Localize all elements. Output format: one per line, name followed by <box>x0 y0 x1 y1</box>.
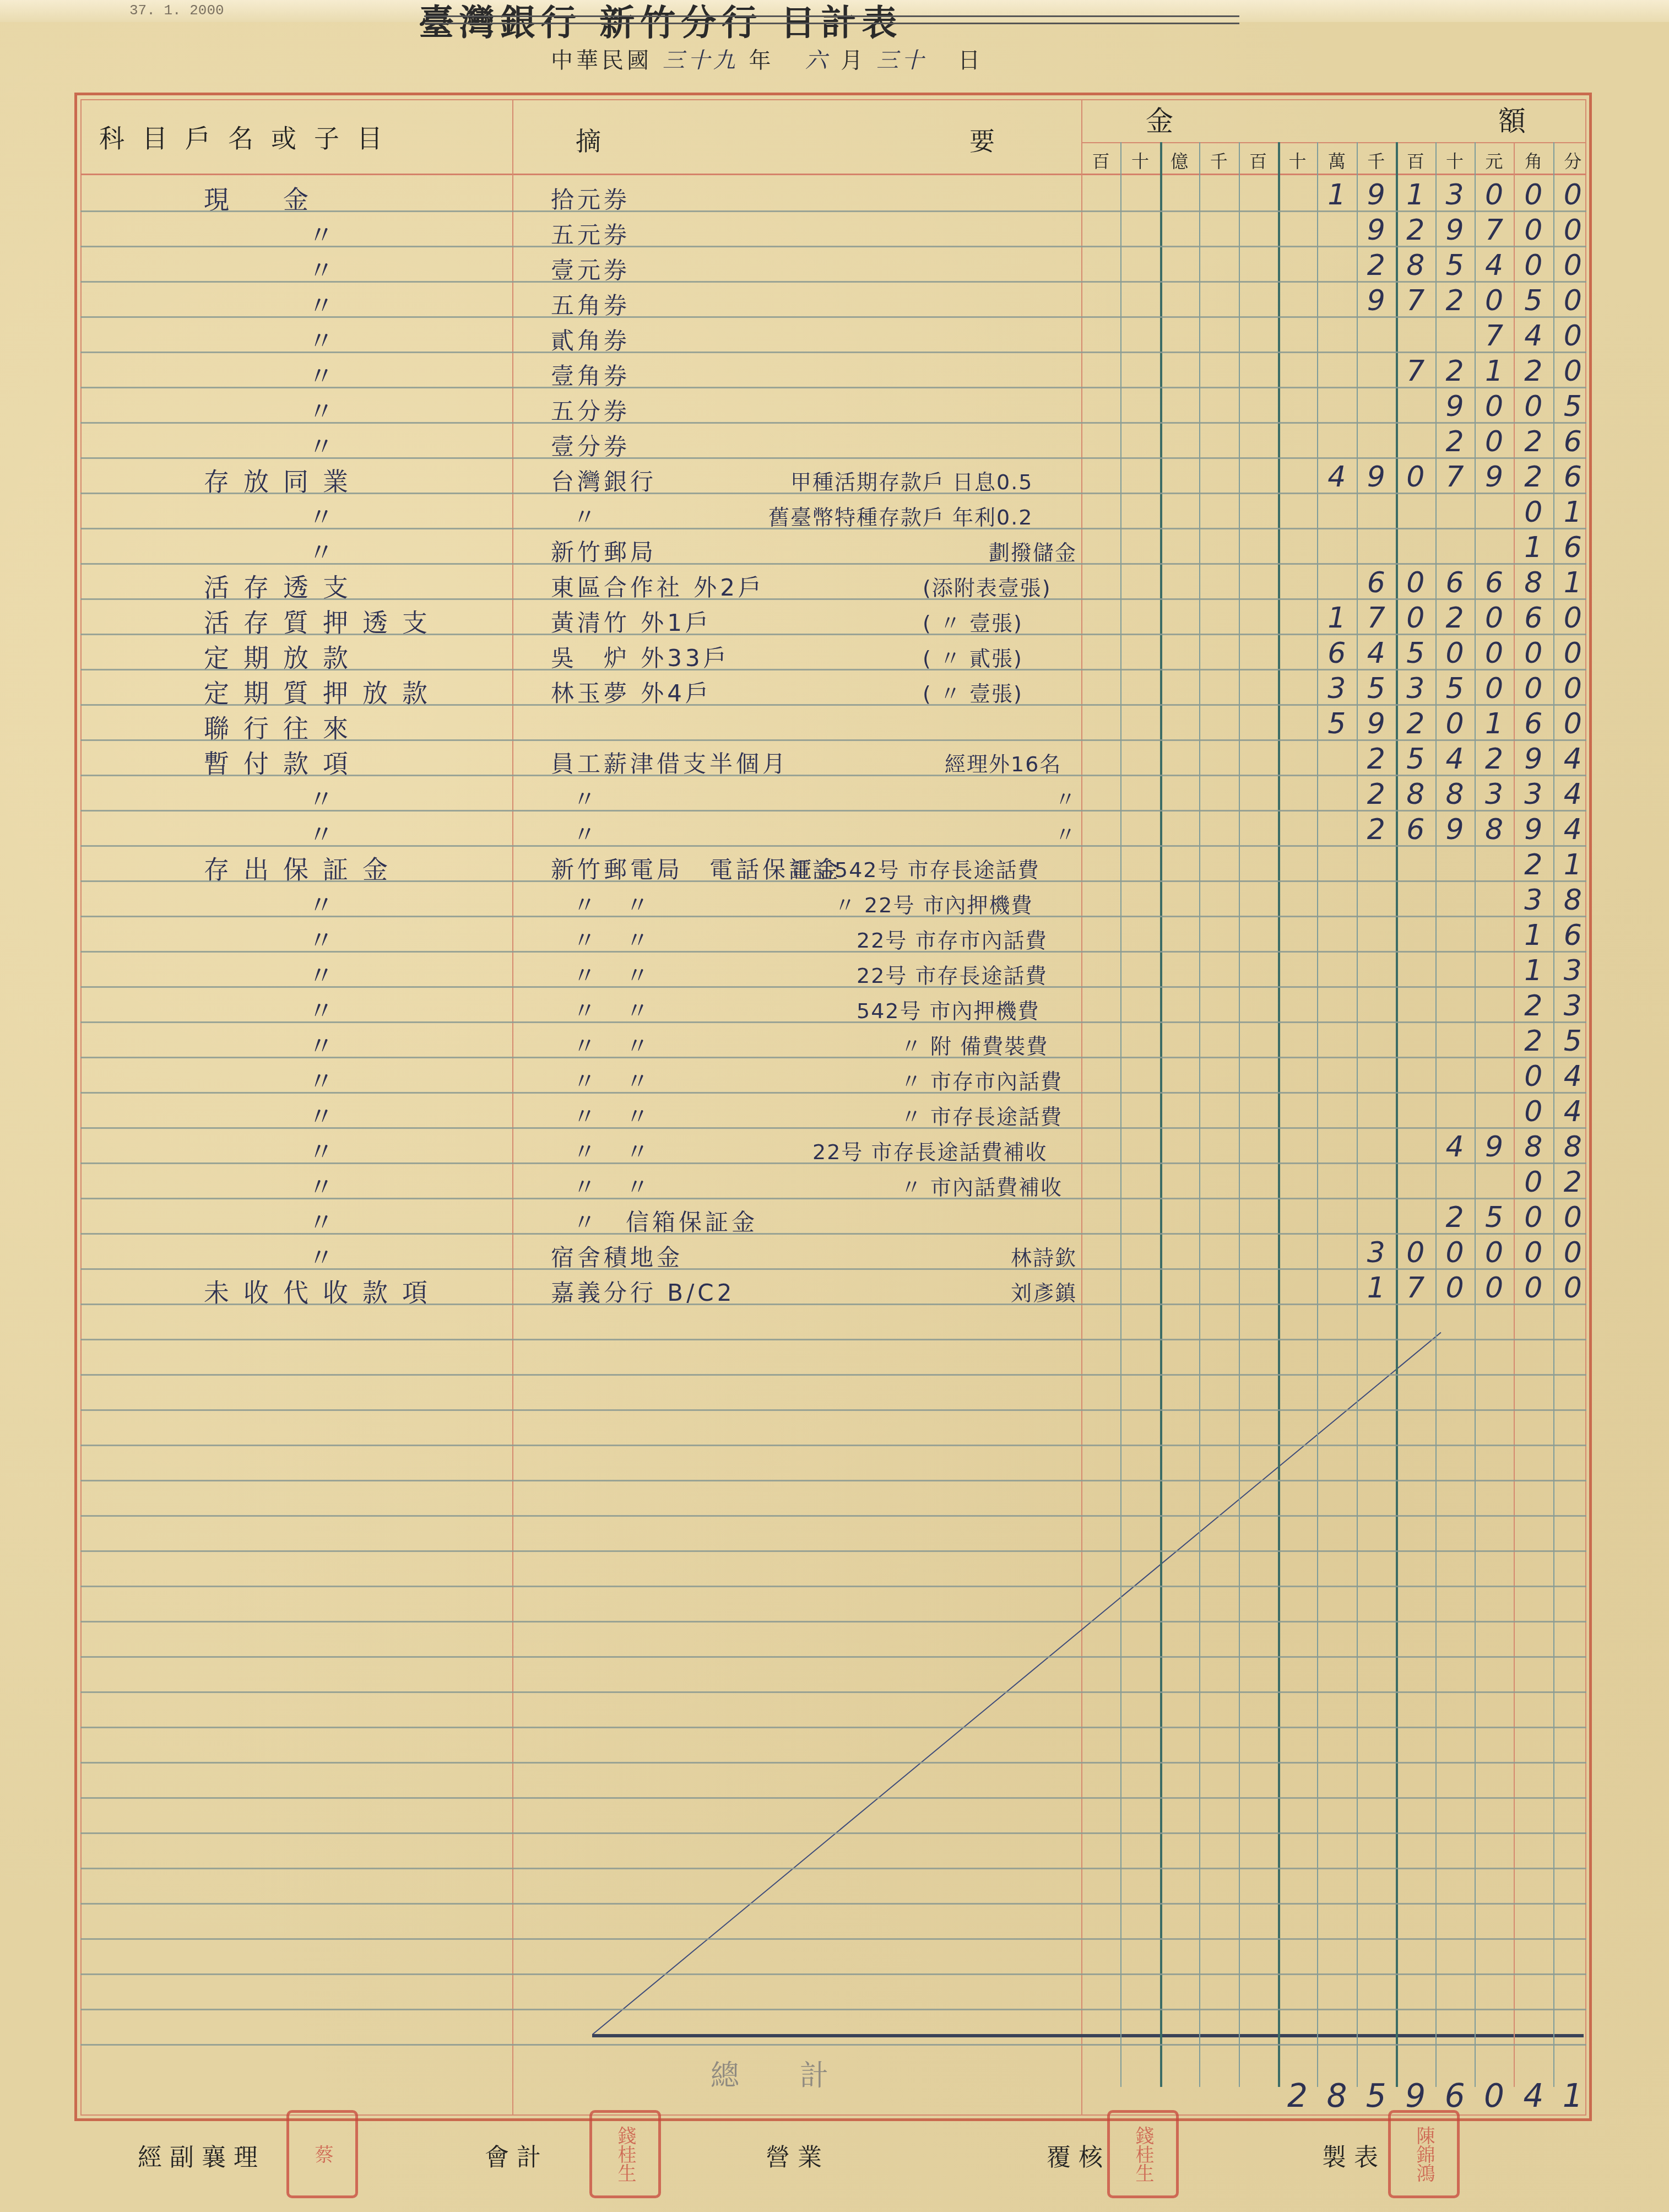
amount-digit: 0 <box>1475 1272 1514 1305</box>
amount-digit: 4 <box>1435 1131 1475 1164</box>
amount-digit: 4 <box>1435 743 1475 776</box>
row-summary: 〃 <box>573 499 599 532</box>
row-line <box>80 1057 1586 1058</box>
row-line <box>80 1233 1586 1235</box>
amount-digit: 5 <box>1435 249 1475 282</box>
row-summary: 壹分券 <box>551 429 630 462</box>
row-account: 〃 <box>308 814 348 851</box>
row-note: ( 〃 壹張) <box>923 677 1023 707</box>
amount-digit: 1 <box>1317 602 1356 635</box>
row-summary: 〃 〃 <box>573 958 652 991</box>
row-line <box>80 1973 1586 1975</box>
amount-digit: 2 <box>1396 707 1435 740</box>
amount-digit: 8 <box>1514 1131 1553 1164</box>
date-year: 三十九 <box>663 48 739 73</box>
seal-stamp-icon: 錢桂生 <box>1107 2110 1179 2198</box>
row-summary: 〃 〃 <box>573 1028 652 1061</box>
date-year-unit: 年 <box>749 48 774 73</box>
amount-digit: 0 <box>1514 1166 1553 1199</box>
row-note: 劃撥儲金 <box>989 536 1077 566</box>
row-line <box>80 2044 1586 2046</box>
row-account: 〃 <box>308 285 348 322</box>
row-account: 〃 <box>308 955 348 992</box>
signatory-label: 營業 <box>766 2138 830 2173</box>
row-account: 〃 <box>308 1026 348 1062</box>
seal-stamp-icon: 陳錦鴻 <box>1388 2110 1460 2198</box>
amount-digit: 2 <box>1357 778 1396 811</box>
row-summary: 〃 〃 <box>573 887 652 920</box>
amount-digit: 0 <box>1475 672 1514 705</box>
amount-digit: 0 <box>1514 672 1553 705</box>
row-account: 〃 <box>308 991 348 1027</box>
amount-column-line <box>1396 142 1398 2087</box>
amount-digit: 1 <box>1357 1272 1396 1305</box>
amount-digit: 4 <box>1475 249 1514 282</box>
row-note: 〃 <box>1055 818 1077 848</box>
amount-digit: 6 <box>1553 531 1592 564</box>
amount-digit: 1 <box>1475 355 1514 388</box>
amount-digit: 2 <box>1553 1166 1592 1199</box>
amount-digit: 5 <box>1514 284 1553 317</box>
amount-digit: 8 <box>1514 566 1553 599</box>
row-line <box>80 951 1586 953</box>
ledger-inner-frame <box>80 99 1586 2116</box>
row-line <box>80 2009 1586 2010</box>
row-line <box>80 351 1586 353</box>
row-account: 現 金 <box>204 180 323 216</box>
amount-column-line <box>1120 142 1121 2087</box>
amount-digit: 5 <box>1357 672 1396 705</box>
amount-digit: 2 <box>1357 743 1396 776</box>
row-note: 〃 22号 市內押機費 <box>834 888 1033 918</box>
row-account: 〃 <box>308 250 348 286</box>
row-account: 〃 <box>308 215 348 251</box>
amount-unit-header: 百 <box>1081 148 1120 173</box>
row-note: 甲種活期存款戶 日息0.5 <box>790 465 1033 495</box>
total-digit: 9 <box>1396 2077 1435 2114</box>
row-note: 22号 市存市內話費 <box>857 923 1047 954</box>
amount-digit: 2 <box>1514 1025 1553 1058</box>
amount-column-line <box>1199 142 1200 2087</box>
amount-digit: 8 <box>1475 813 1514 846</box>
amount-digit: 0 <box>1514 1272 1553 1305</box>
amount-digit: 7 <box>1396 355 1435 388</box>
amount-digit: 4 <box>1514 320 1553 353</box>
total-label-left: 總 <box>711 2059 800 2092</box>
date-prefix: 中華民國 <box>551 48 652 73</box>
amount-digit: 6 <box>1553 425 1592 458</box>
column-divider-summary <box>1081 99 1082 2116</box>
amount-digit: 5 <box>1553 390 1592 423</box>
amount-digit: 5 <box>1435 672 1475 705</box>
row-summary: 東區合作社 外2戶 <box>551 570 765 603</box>
amount-digit: 0 <box>1514 1201 1553 1234</box>
amount-digit: 0 <box>1553 214 1592 247</box>
amount-digit: 0 <box>1553 355 1592 388</box>
row-note: 22号 市存長途話費補收 <box>812 1135 1047 1165</box>
amount-digit: 0 <box>1396 566 1435 599</box>
row-summary: 五分券 <box>551 393 630 426</box>
amount-digit: 7 <box>1396 284 1435 317</box>
row-line <box>80 1832 1586 1834</box>
form-number: 37. 1. 2000 <box>129 2 224 19</box>
row-account: 〃 <box>308 426 348 463</box>
amount-digit: 0 <box>1514 1060 1553 1093</box>
row-summary: 吳 炉 外33戶 <box>551 640 730 673</box>
row-account: 存放同業 <box>204 462 362 498</box>
amount-digit: 3 <box>1357 1236 1396 1269</box>
row-account: 未收代收款項 <box>204 1273 442 1309</box>
amount-digit: 0 <box>1435 1272 1475 1305</box>
row-note: 〃 <box>1055 782 1077 813</box>
row-summary: 拾元券 <box>551 182 630 215</box>
amount-unit-header: 千 <box>1199 148 1238 173</box>
amount-digit: 0 <box>1553 707 1592 740</box>
amount-digit: 7 <box>1475 214 1514 247</box>
row-account: 〃 <box>308 391 348 428</box>
amount-digit: 9 <box>1435 214 1475 247</box>
amount-digit: 3 <box>1475 778 1514 811</box>
row-line <box>80 1339 1586 1340</box>
row-account: 〃 <box>308 356 348 392</box>
amount-digit: 2 <box>1475 743 1514 776</box>
row-line <box>80 1797 1586 1799</box>
amount-digit: 0 <box>1475 425 1514 458</box>
row-line <box>80 1656 1586 1658</box>
row-account: 定期放款 <box>204 638 362 674</box>
row-account: 〃 <box>308 1237 348 1274</box>
row-summary: 〃 <box>573 816 599 850</box>
amount-digit: 0 <box>1435 707 1475 740</box>
row-line <box>80 1092 1586 1094</box>
amount-digit: 4 <box>1553 1060 1592 1093</box>
amount-digit: 0 <box>1514 390 1553 423</box>
amount-digit: 0 <box>1514 179 1553 212</box>
row-line <box>80 457 1586 459</box>
amount-digit: 0 <box>1514 1236 1553 1269</box>
row-note: 22号 市存長途話費 <box>857 959 1047 989</box>
total-digit: 4 <box>1514 2077 1553 2114</box>
row-line <box>80 1127 1586 1129</box>
amount-digit: 8 <box>1396 778 1435 811</box>
amount-digit: 4 <box>1553 778 1592 811</box>
amount-digit: 9 <box>1357 284 1396 317</box>
amount-digit: 7 <box>1475 320 1514 353</box>
amount-unit-header: 百 <box>1239 148 1278 173</box>
amount-column-line <box>1357 142 1358 2087</box>
amount-digit: 6 <box>1317 637 1356 670</box>
signatory-label: 經副襄理 <box>138 2138 265 2173</box>
amount-digit: 2 <box>1514 989 1553 1023</box>
signatory-label: 會計 <box>485 2138 549 2173</box>
total-digit: 6 <box>1435 2077 1475 2114</box>
signatory-label: 製表 <box>1322 2138 1386 2173</box>
header-divider <box>80 174 1586 175</box>
row-line <box>80 986 1586 988</box>
amount-digit: 2 <box>1357 813 1396 846</box>
row-line <box>80 1550 1586 1552</box>
row-account: 〃 <box>308 1096 348 1133</box>
row-account: 活存透支 <box>204 567 362 604</box>
row-note: 電話542号 市存長途話費 <box>790 853 1040 883</box>
row-summary: 宿舍積地金 <box>551 1240 683 1273</box>
row-account: 暫付款項 <box>204 744 362 780</box>
row-summary: 員工薪津借支半個月 <box>551 746 789 779</box>
row-summary: 貳角券 <box>551 323 630 356</box>
amount-digit: 0 <box>1396 602 1435 635</box>
amount-digit: 2 <box>1514 355 1553 388</box>
row-note: 〃 市存市內話費 <box>901 1064 1063 1095</box>
amount-column-line <box>1317 142 1318 2087</box>
amount-digit: 8 <box>1553 1131 1592 1164</box>
date-day: 三十 <box>876 48 927 73</box>
row-summary: 五元券 <box>551 217 630 250</box>
amount-digit: 3 <box>1514 884 1553 917</box>
amount-digit: 2 <box>1435 602 1475 635</box>
row-note: 〃 市存長途話費 <box>901 1100 1063 1130</box>
amount-unit-header: 億 <box>1160 148 1199 173</box>
amount-digit: 5 <box>1553 1025 1592 1058</box>
seal-stamp-icon: 錢桂生 <box>589 2110 661 2198</box>
amount-digit: 0 <box>1514 1095 1553 1128</box>
header-amount-left: 金 <box>1146 99 1173 139</box>
amount-digit: 7 <box>1396 1272 1435 1305</box>
date-month-unit: 月 <box>841 48 866 73</box>
row-line <box>80 1409 1586 1411</box>
row-summary: 五角券 <box>551 288 630 321</box>
amount-digit: 1 <box>1553 848 1592 881</box>
amount-digit: 4 <box>1553 813 1592 846</box>
row-account: 〃 <box>308 321 348 357</box>
row-line <box>80 1621 1586 1623</box>
row-account: 〃 <box>308 1132 348 1168</box>
row-summary: 〃 〃 <box>573 1169 652 1202</box>
row-note: ( 〃 貳張) <box>923 641 1023 672</box>
amount-digit: 2 <box>1514 425 1553 458</box>
row-account: 聯行往來 <box>204 709 362 745</box>
row-line <box>80 1374 1586 1376</box>
amount-column-line <box>1239 142 1240 2087</box>
amount-digit: 0 <box>1514 496 1553 529</box>
amount-digit: 9 <box>1357 461 1396 494</box>
row-summary: 〃 〃 <box>573 1134 652 1167</box>
signatory-label: 覆核 <box>1047 2138 1110 2173</box>
amount-digit: 6 <box>1396 813 1435 846</box>
amount-digit: 9 <box>1514 813 1553 846</box>
row-summary: 壹元券 <box>551 252 630 285</box>
row-summary: 〃 〃 <box>573 993 652 1026</box>
row-account: 定期質押放款 <box>204 673 442 710</box>
amount-digit: 2 <box>1514 848 1553 881</box>
total-digit: 0 <box>1475 2077 1514 2114</box>
amount-digit: 1 <box>1514 531 1553 564</box>
amount-digit: 0 <box>1553 672 1592 705</box>
amount-digit: 1 <box>1396 179 1435 212</box>
amount-digit: 0 <box>1553 249 1592 282</box>
row-account: 活存質押透支 <box>204 603 442 639</box>
amount-digit: 3 <box>1317 672 1356 705</box>
row-summary: 台灣銀行 <box>551 464 657 497</box>
amount-digit: 0 <box>1553 320 1592 353</box>
amount-digit: 1 <box>1514 919 1553 952</box>
row-line <box>80 1938 1586 1940</box>
row-account: 〃 <box>308 497 348 533</box>
total-label-right: 計 <box>800 2059 889 2092</box>
row-summary: 〃 〃 <box>573 1063 652 1096</box>
row-line <box>80 1727 1586 1728</box>
header-summary-right: 要 <box>969 121 1012 158</box>
amount-digit: 6 <box>1514 602 1553 635</box>
amount-digit: 7 <box>1357 602 1396 635</box>
row-summary: 新竹郵局 <box>551 534 657 567</box>
amount-unit-header: 元 <box>1475 148 1514 173</box>
row-summary: 壹角券 <box>551 358 630 391</box>
row-note: 刘彥鎮 <box>1011 1276 1077 1306</box>
amount-digit: 0 <box>1475 390 1514 423</box>
row-note: ( 〃 壹張) <box>923 606 1023 636</box>
amount-digit: 0 <box>1553 1236 1592 1269</box>
amount-digit: 0 <box>1396 461 1435 494</box>
amount-unit-header: 千 <box>1357 148 1396 173</box>
amount-digit: 9 <box>1357 707 1396 740</box>
row-line <box>80 387 1586 388</box>
row-summary: 嘉義分行 B/C2 <box>551 1275 735 1308</box>
amount-digit: 0 <box>1475 637 1514 670</box>
document-date: 中華民國 三十九 年 六 月 三十 日 <box>551 43 983 74</box>
amount-digit: 6 <box>1553 461 1592 494</box>
amount-digit: 9 <box>1475 461 1514 494</box>
row-summary: 林玉夢 外4戶 <box>551 675 712 709</box>
row-note: 經理外16名 <box>945 747 1061 777</box>
amount-digit: 9 <box>1357 214 1396 247</box>
row-account: 〃 <box>308 920 348 956</box>
row-summary: 黃清竹 外1戶 <box>551 605 712 638</box>
total-digit: 1 <box>1553 2077 1592 2114</box>
amount-digit: 6 <box>1357 566 1396 599</box>
amount-digit: 4 <box>1357 637 1396 670</box>
amount-digit: 0 <box>1475 1236 1514 1269</box>
amount-unit-header: 十 <box>1278 148 1317 173</box>
row-note: 舊臺幣特種存款戶 年利0.2 <box>768 500 1033 531</box>
amount-digit: 9 <box>1435 813 1475 846</box>
row-note: 〃 附 備費裝費 <box>901 1029 1048 1059</box>
amount-digit: 0 <box>1553 284 1592 317</box>
row-line <box>80 916 1586 917</box>
row-line <box>80 422 1586 424</box>
row-line <box>80 1868 1586 1869</box>
amount-digit: 2 <box>1435 1201 1475 1234</box>
row-account: 〃 <box>308 1061 348 1097</box>
row-line <box>80 1198 1586 1199</box>
amount-digit: 0 <box>1514 637 1553 670</box>
row-account: 存出保証金 <box>204 850 402 886</box>
amount-digit: 1 <box>1317 179 1356 212</box>
amount-digit: 0 <box>1475 179 1514 212</box>
amount-digit: 8 <box>1435 778 1475 811</box>
header-summary-left: 摘 <box>576 121 619 158</box>
header-amount-right: 額 <box>1498 99 1526 139</box>
amount-digit: 9 <box>1514 743 1553 776</box>
amount-digit: 9 <box>1435 390 1475 423</box>
amount-unit-header: 百 <box>1396 148 1435 173</box>
amount-digit: 0 <box>1553 1201 1592 1234</box>
row-summary: 〃 信箱保証金 <box>573 1204 758 1237</box>
amount-unit-header: 萬 <box>1317 148 1356 173</box>
amount-digit: 3 <box>1553 954 1592 987</box>
amount-digit: 0 <box>1514 214 1553 247</box>
amount-digit: 8 <box>1553 884 1592 917</box>
amount-digit: 6 <box>1553 919 1592 952</box>
amount-digit: 5 <box>1317 707 1356 740</box>
row-summary: 〃 〃 <box>573 1099 652 1132</box>
amount-digit: 1 <box>1553 496 1592 529</box>
row-account: 〃 <box>308 779 348 815</box>
amount-digit: 2 <box>1435 355 1475 388</box>
amount-digit: 7 <box>1435 461 1475 494</box>
amount-digit: 4 <box>1553 1095 1592 1128</box>
amount-digit: 0 <box>1396 1236 1435 1269</box>
row-note: (添附表壹張) <box>923 571 1052 601</box>
amount-digit: 2 <box>1514 461 1553 494</box>
total-digit: 8 <box>1317 2077 1356 2114</box>
row-account: 〃 <box>308 532 348 569</box>
total-digit: 5 <box>1357 2077 1396 2114</box>
row-note: 〃 市內話費補收 <box>901 1170 1063 1200</box>
amount-digit: 8 <box>1396 249 1435 282</box>
amount-digit: 3 <box>1553 989 1592 1023</box>
amount-digit: 0 <box>1475 284 1514 317</box>
row-note: 542号 市內押機費 <box>857 994 1040 1024</box>
amount-digit: 9 <box>1475 1131 1514 1164</box>
amount-digit: 4 <box>1553 743 1592 776</box>
header-account: 科目戶名或子目 <box>99 118 400 155</box>
row-line <box>80 1762 1586 1764</box>
date-month: 六 <box>805 48 831 73</box>
row-summary: 〃 <box>573 781 599 814</box>
amount-digit: 5 <box>1396 743 1435 776</box>
amount-digit: 9 <box>1357 179 1396 212</box>
amount-digit: 1 <box>1475 707 1514 740</box>
column-divider-account <box>512 99 513 2116</box>
row-line <box>80 563 1586 565</box>
amount-digit: 0 <box>1553 637 1592 670</box>
title-underline <box>424 15 1239 24</box>
amount-digit: 5 <box>1475 1201 1514 1234</box>
row-account: 〃 <box>308 885 348 921</box>
amount-digit: 2 <box>1435 284 1475 317</box>
amount-digit: 6 <box>1475 566 1514 599</box>
amount-digit: 2 <box>1396 214 1435 247</box>
row-line <box>80 1691 1586 1693</box>
row-line <box>80 1515 1586 1517</box>
amount-digit: 2 <box>1357 249 1396 282</box>
row-line <box>80 1021 1586 1023</box>
amount-digit: 3 <box>1396 672 1435 705</box>
amount-unit-header: 十 <box>1435 148 1475 173</box>
amount-digit: 6 <box>1514 707 1553 740</box>
row-line <box>80 1586 1586 1587</box>
amount-unit-header: 分 <box>1553 148 1592 173</box>
row-summary: 〃 〃 <box>573 922 652 955</box>
amount-column-line <box>1278 142 1280 2087</box>
amount-digit: 1 <box>1514 954 1553 987</box>
amount-header-divider <box>1081 142 1586 143</box>
amount-digit: 3 <box>1435 179 1475 212</box>
seal-stamp-icon: 蔡 <box>286 2110 358 2198</box>
amount-digit: 1 <box>1553 566 1592 599</box>
amount-digit: 2 <box>1435 425 1475 458</box>
row-line <box>80 1480 1586 1481</box>
